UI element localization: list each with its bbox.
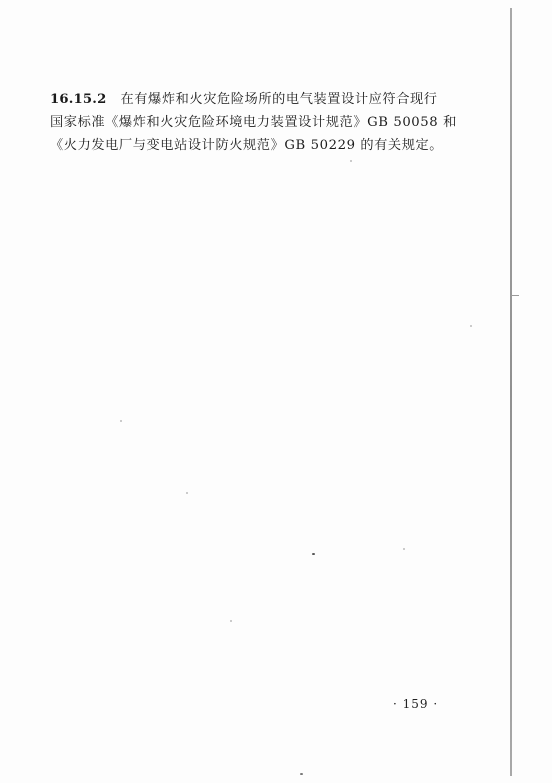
scan-speck	[186, 492, 188, 494]
binding-edge-line	[510, 8, 512, 776]
binding-edge-tick	[511, 295, 519, 296]
scan-speck	[120, 420, 122, 422]
clause-text-line-2: 国家标准《爆炸和火灾危险环境电力装置设计规范》GB 50058 和	[50, 111, 470, 134]
clause-16-15-2: 16.15.2在有爆炸和火灾危险场所的电气装置设计应符合现行 国家标准《爆炸和火…	[50, 88, 470, 157]
clause-line-1: 16.15.2在有爆炸和火灾危险场所的电气装置设计应符合现行	[50, 88, 470, 111]
document-page: 16.15.2在有爆炸和火灾危险场所的电气装置设计应符合现行 国家标准《爆炸和火…	[0, 0, 552, 783]
scan-speck	[300, 773, 303, 775]
scan-speck	[350, 160, 352, 162]
clause-number: 16.15.2	[50, 92, 106, 107]
scan-speck	[312, 553, 315, 555]
clause-text-line-3: 《火力发电厂与变电站设计防火规范》GB 50229 的有关规定。	[50, 134, 470, 157]
scan-speck	[470, 325, 472, 327]
page-number: · 159 ·	[393, 697, 438, 711]
clause-text-line-1: 在有爆炸和火灾危险场所的电气装置设计应符合现行	[120, 92, 437, 107]
scan-speck	[403, 548, 405, 550]
scan-speck	[230, 620, 232, 622]
